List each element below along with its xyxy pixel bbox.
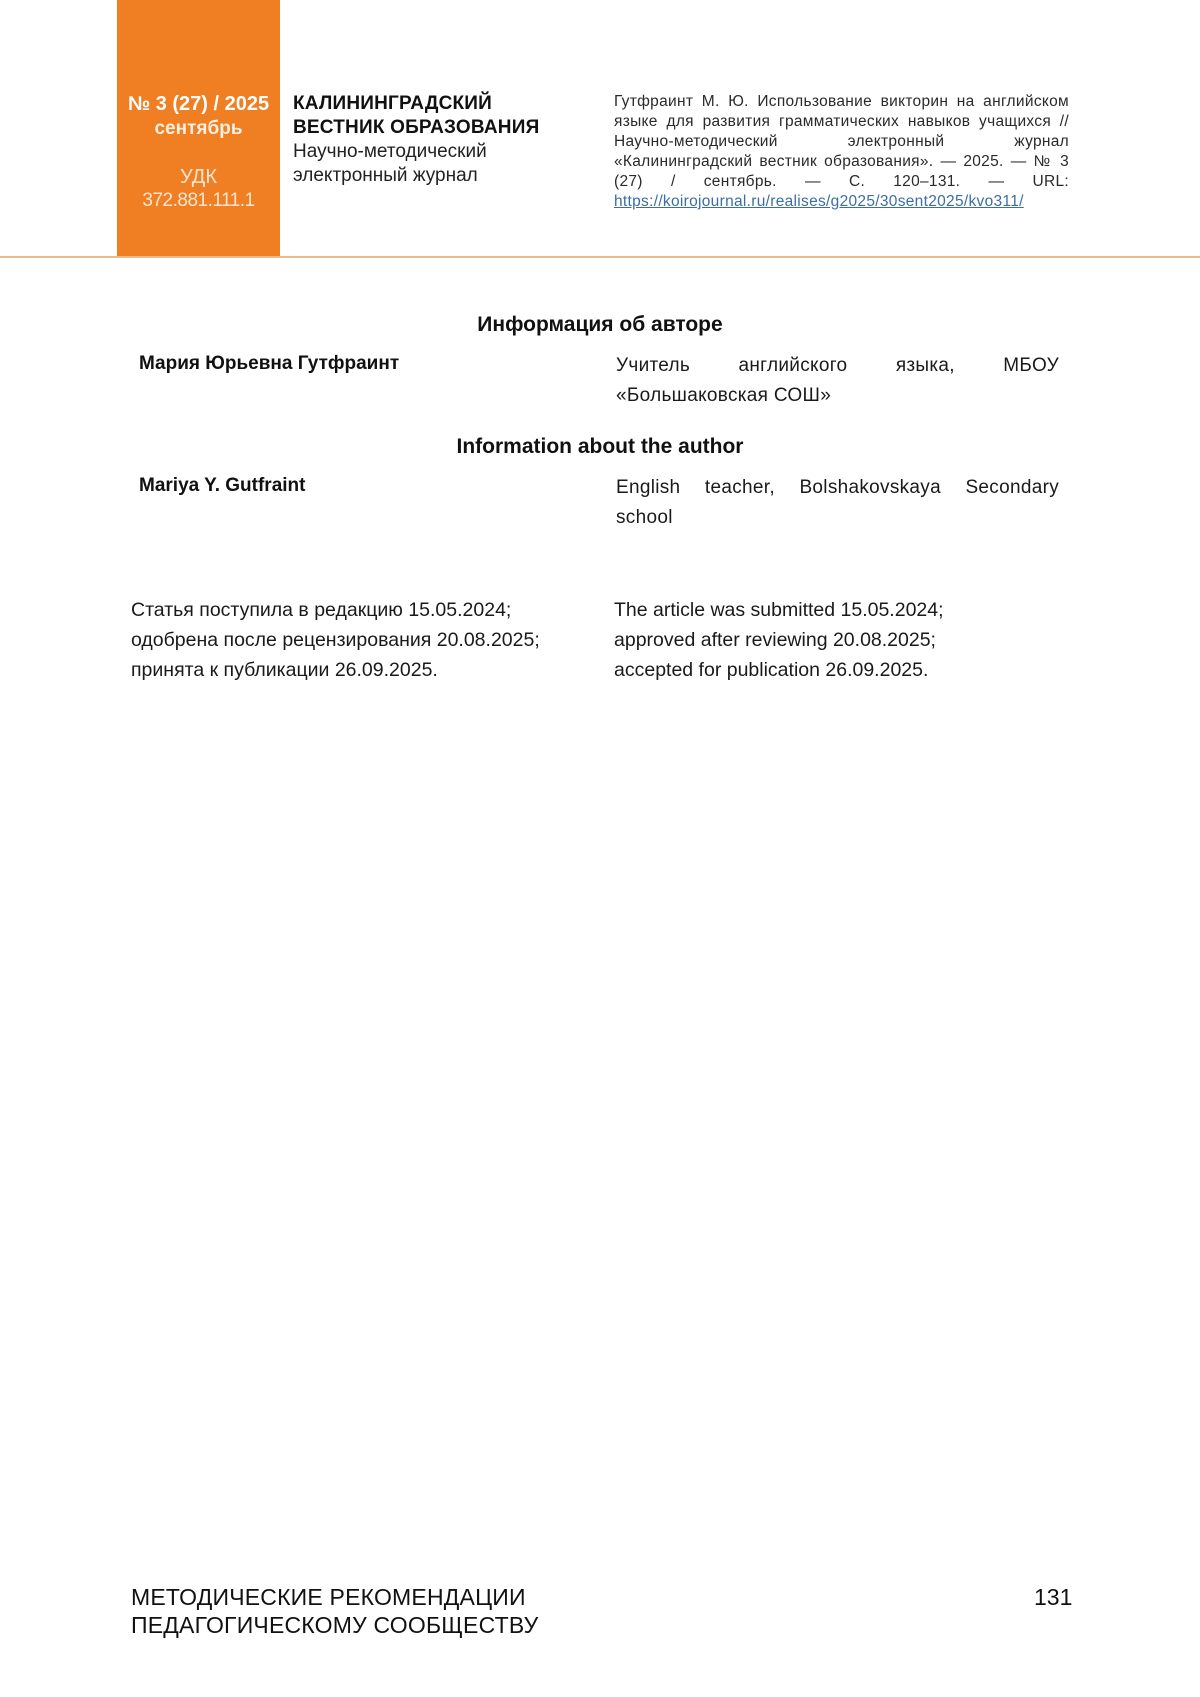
publication-dates-en: The article was submitted 15.05.2024; ap… <box>614 595 944 685</box>
journal-subtitle-line1: Научно-методический <box>293 140 593 164</box>
issue-month: сентябрь <box>117 117 280 141</box>
citation-link[interactable]: https://koirojournal.ru/realises/g2025/3… <box>614 193 1024 210</box>
author-role-en: English teacher, Bolshakovskaya Secondar… <box>616 473 1059 533</box>
date-accepted-en: accepted for publication 26.09.2025. <box>614 655 944 685</box>
journal-title-line1: КАЛИНИНГРАДСКИЙ <box>293 92 593 116</box>
author-role-ru: Учитель английского языка, МБОУ «Большак… <box>616 351 1059 411</box>
author-name-ru: Мария Юрьевна Гутфраинт <box>139 353 399 375</box>
date-approved-ru: одобрена после рецензирования 20.08.2025… <box>131 625 540 655</box>
citation: Гутфраинт М. Ю. Использование викторин н… <box>614 92 1069 212</box>
journal-title-block: КАЛИНИНГРАДСКИЙ ВЕСТНИК ОБРАЗОВАНИЯ Науч… <box>293 92 593 188</box>
footer-section-line2: ПЕДАГОГИЧЕСКОМУ СООБЩЕСТВУ <box>131 1611 538 1639</box>
journal-subtitle-line2: электронный журнал <box>293 164 593 188</box>
page-number: 131 <box>1034 1583 1072 1611</box>
author-info-heading-en: Information about the author <box>0 435 1200 459</box>
date-submitted-en: The article was submitted 15.05.2024; <box>614 595 944 625</box>
date-approved-en: approved after reviewing 20.08.2025; <box>614 625 944 655</box>
udk-code: 372.881.111.1 <box>117 189 280 213</box>
footer-section-title: МЕТОДИЧЕСКИЕ РЕКОМЕНДАЦИИ ПЕДАГОГИЧЕСКОМ… <box>131 1583 538 1639</box>
date-accepted-ru: принята к публикации 26.09.2025. <box>131 655 540 685</box>
date-submitted-ru: Статья поступила в редакцию 15.05.2024; <box>131 595 540 625</box>
udk-label: УДК <box>117 165 280 189</box>
publication-dates-ru: Статья поступила в редакцию 15.05.2024; … <box>131 595 540 685</box>
author-name-en: Mariya Y. Gutfraint <box>139 475 305 497</box>
issue-info-block: № 3 (27) / 2025 сентябрь УДК 372.881.111… <box>117 0 280 258</box>
author-info-heading-ru: Информация об авторе <box>0 313 1200 337</box>
header-divider <box>0 256 1200 258</box>
issue-number: № 3 (27) / 2025 <box>117 92 280 116</box>
footer-section-line1: МЕТОДИЧЕСКИЕ РЕКОМЕНДАЦИИ <box>131 1583 538 1611</box>
citation-text: Гутфраинт М. Ю. Использование викторин н… <box>614 93 1069 190</box>
journal-title-line2: ВЕСТНИК ОБРАЗОВАНИЯ <box>293 116 593 140</box>
